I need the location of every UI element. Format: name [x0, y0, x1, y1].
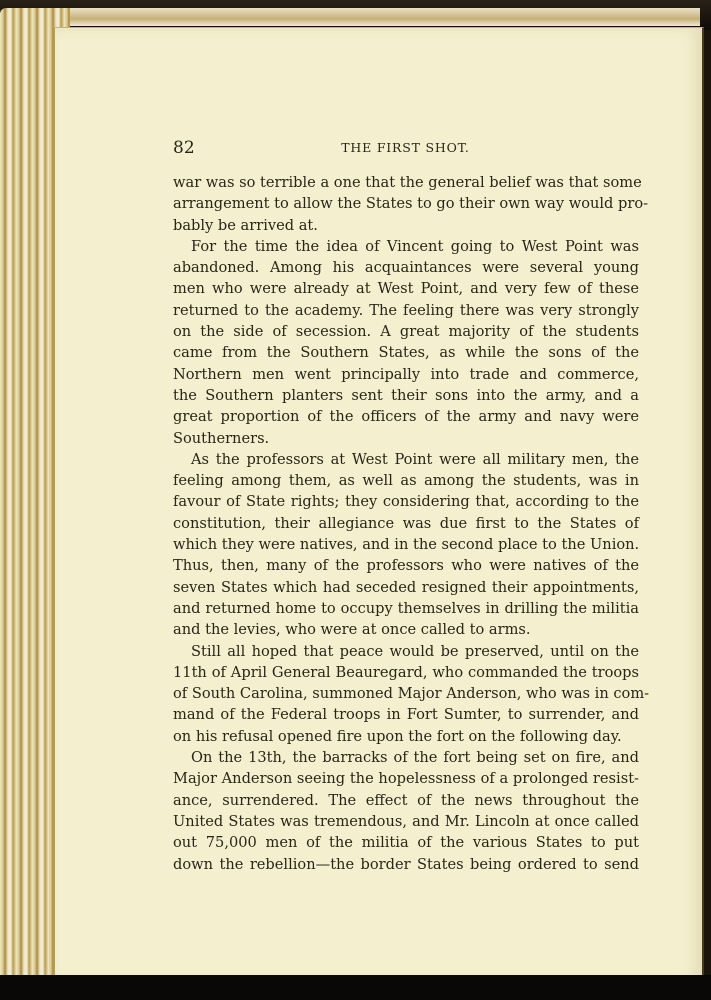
- text-line: constitution, their allegiance was due f…: [173, 513, 639, 534]
- text-line: Northern men went principally into trade…: [173, 364, 639, 385]
- text-line: out 75,000 men of the militia of the var…: [173, 832, 639, 853]
- text-line: men who were already at West Point, and …: [173, 278, 639, 299]
- running-head: 82 THE FIRST SHOT.: [173, 138, 638, 162]
- text-line: For the time the idea of Vincent going t…: [173, 236, 639, 257]
- text-line: came from the Southern States, as while …: [173, 342, 639, 363]
- text-line: Thus, then, many of the professors who w…: [173, 555, 639, 576]
- running-title: THE FIRST SHOT.: [173, 140, 638, 155]
- text-line: on his refusal opened fire upon the fort…: [173, 726, 639, 747]
- text-line: Major Anderson seeing the hopelessness o…: [173, 768, 639, 789]
- text-line: 11th of April General Beauregard, who co…: [173, 662, 639, 683]
- text-line: As the professors at West Point were all…: [173, 449, 639, 470]
- page-stack-top-edge: [0, 8, 700, 26]
- text-line: bably be arrived at.: [173, 215, 639, 236]
- text-line: Still all hoped that peace would be pres…: [173, 641, 639, 662]
- text-line: which they were natives, and in the seco…: [173, 534, 639, 555]
- text-line: On the 13th, the barracks of the fort be…: [173, 747, 639, 768]
- text-line: on the side of secession. A great majori…: [173, 321, 639, 342]
- text-line: great proportion of the officers of the …: [173, 406, 639, 427]
- text-line: and the levies, who were at once called …: [173, 619, 639, 640]
- text-line: mand of the Federal troops in Fort Sumte…: [173, 704, 639, 725]
- text-line: Southerners.: [173, 428, 639, 449]
- text-line: favour of State rights; they considering…: [173, 491, 639, 512]
- text-line: United States was tremendous, and Mr. Li…: [173, 811, 639, 832]
- text-line: feeling among them, as well as among the…: [173, 470, 639, 491]
- text-line: arrangement to allow the States to go th…: [173, 193, 639, 214]
- text-line: of South Carolina, summoned Major Anders…: [173, 683, 639, 704]
- text-line: and returned home to occupy themselves i…: [173, 598, 639, 619]
- text-line: abandoned. Among his acquaintances were …: [173, 257, 639, 278]
- text-line: war was so terrible a one that the gener…: [173, 172, 639, 193]
- text-line: seven States which had seceded resigned …: [173, 577, 639, 598]
- body-text: war was so terrible a one that the gener…: [173, 172, 639, 875]
- text-line: the Southern planters sent their sons in…: [173, 385, 639, 406]
- text-line: ance, surrendered. The effect of the new…: [173, 790, 639, 811]
- text-line: down the rebellion—the border States bei…: [173, 854, 639, 875]
- book-bottom-shadow: [0, 975, 711, 1000]
- text-line: returned to the academy. The feeling the…: [173, 300, 639, 321]
